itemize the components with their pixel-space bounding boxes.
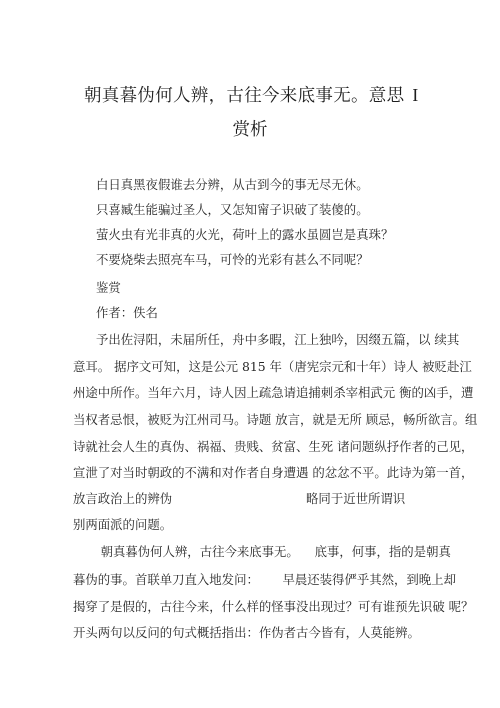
body-line-1: 予出佐浔阳，未届所任，舟中多暇，江上独吟，因缀五篇，以 续其: [92, 332, 459, 348]
body-line-4: 当权者忌恨，被贬为江州司马。诗题 放言，就是无所 顾忌，畅所欲言。组: [73, 412, 477, 428]
page-title: 朝真暮伪何人辨，古往今来底事无。意思I: [84, 83, 424, 108]
author-line: 作者：佚名: [96, 305, 158, 321]
section-heading: 鉴赏: [96, 280, 121, 296]
body-line-5: 诗就社会人生的真伪、祸福、贵贱、贫富、生死 诸问题纵抒作者的己见，: [73, 439, 473, 455]
body-line-2: 意耳。 据序文可知，这是公元 815 年（唐宪宗元和十年）诗人 被贬赴江: [73, 359, 472, 375]
poem-line-1: 白日真黑夜假谁去分辨，从古到今的事无尽无休。: [96, 177, 369, 193]
body-line-10: 暮伪的事。首联单刀直入地发问： 早晨还装得俨乎其然，到晚上却: [73, 572, 456, 588]
poem-line-4: 不要烧柴去照亮车马，可怜的光彩有甚么不同呢？: [96, 252, 369, 268]
body-line-8: 别两面派的问题。: [73, 517, 172, 533]
body-line-9: 朝真暮伪何人辨，古往今来底事无。 底事，何事，指的是朝真: [73, 544, 451, 560]
body-line-12: 开头两句以反问的句式概括指出：作伪者古今皆有，人莫能辨。: [73, 625, 420, 641]
document-page: 朝真暮伪何人辨，古往今来底事无。意思I 赏析 白日真黑夜假谁去分辨，从古到今的事…: [0, 0, 500, 708]
body-line-11: 揭穿了是假的，古往今来，什么样的怪事没出现过？可有谁预先识破 呢？: [73, 599, 473, 615]
body-line-7: 放言政治上的辨伪 略同于近世所谓识: [73, 491, 405, 507]
title-text: 朝真暮伪何人辨，古往今来底事无。意思: [84, 86, 404, 106]
poem-line-3: 萤火虫有光非真的火光，荷叶上的露水虽圆岂是真珠？: [96, 227, 393, 243]
poem-line-2: 只喜臧生能骗过圣人，又怎知甯子识破了装傻的。: [96, 202, 369, 218]
title-suffix: I: [412, 85, 418, 105]
page-subtitle: 赏析: [0, 118, 500, 142]
body-line-6: 宣泄了对当时朝政的不满和对作者自身遭遇 的忿忿不平。此诗为第一首，: [73, 465, 473, 481]
body-line-3: 州途中所作。当年六月，诗人因上疏急请追捕刺杀宰相武元 衡的凶手，遭: [73, 385, 473, 401]
